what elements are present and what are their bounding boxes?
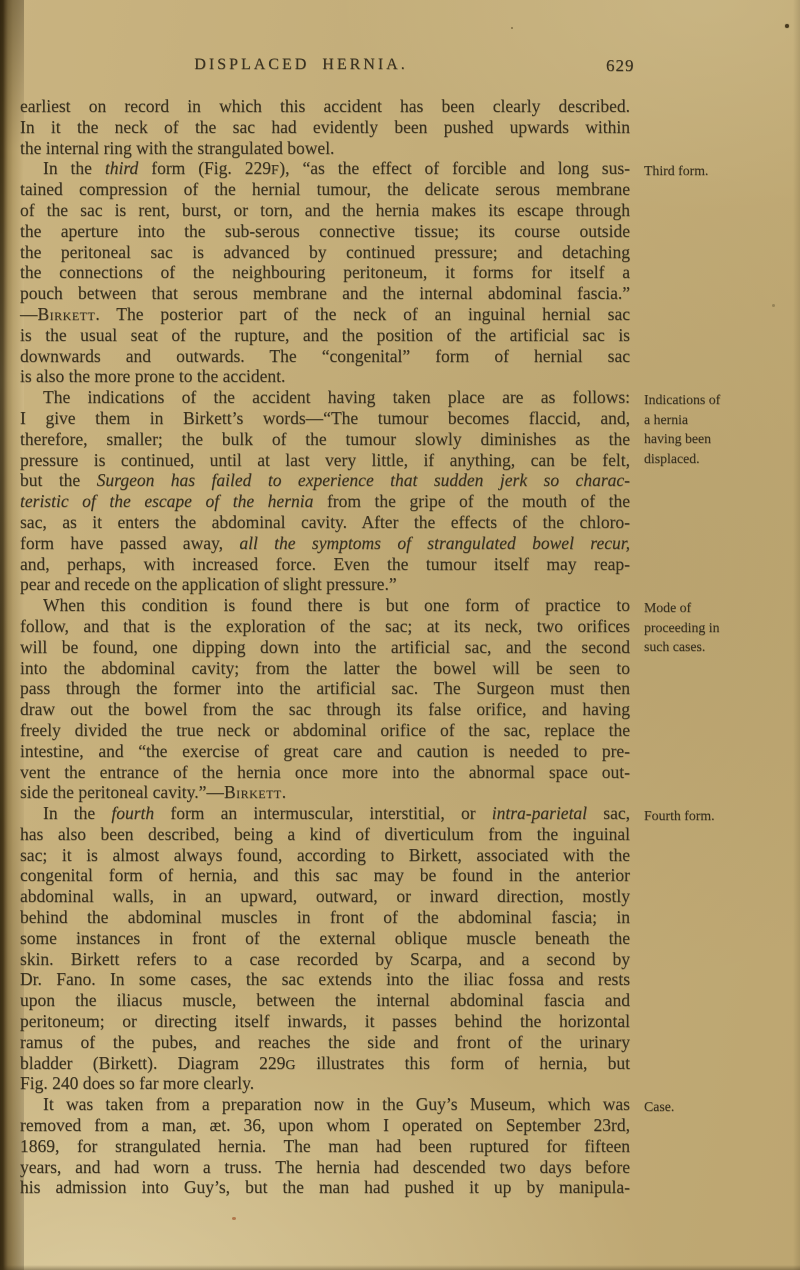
page-number: 629 xyxy=(606,56,635,76)
margin-note: Mode ofproceeding insuch cases. xyxy=(644,598,796,657)
text-line: the connections of the neighbouring peri… xyxy=(20,262,630,283)
text-line: pressure is continued, until at last ver… xyxy=(20,450,630,471)
text-line: earliest on record in which this acciden… xyxy=(20,96,630,117)
text-line: The indications of the accident having t… xyxy=(20,387,630,408)
page-right-edge xyxy=(793,0,800,1270)
text-line: It was taken from a preparation now in t… xyxy=(20,1094,630,1115)
text-line: downwards and outwards. The “congenital”… xyxy=(20,346,630,367)
text-line: of the sac is rent, burst, or torn, and … xyxy=(20,200,630,221)
text-line: into the abdominal cavity; from the latt… xyxy=(20,658,630,679)
text-line: congenital form of hernia, and this sac … xyxy=(20,865,630,886)
margin-note-line: having been xyxy=(644,429,796,449)
margin-note-line: Case. xyxy=(644,1097,796,1117)
text-column: earliest on record in which this acciden… xyxy=(20,96,630,1198)
text-line: his admission into Guy’s, but the man ha… xyxy=(20,1177,630,1198)
text-line: 1869, for strangulated hernia. The man h… xyxy=(20,1136,630,1157)
text-line: and, perhaps, with increased force. Even… xyxy=(20,554,630,575)
text-line: pouch between that serous membrane and t… xyxy=(20,283,630,304)
margin-note-line: Indications of xyxy=(644,390,796,410)
margin-note: Case. xyxy=(644,1097,796,1117)
text-line: pass through the former into the artific… xyxy=(20,678,630,699)
text-line: form have passed away, all the symptoms … xyxy=(20,533,630,554)
margin-note: Third form. xyxy=(644,161,796,181)
ink-speck xyxy=(511,27,513,29)
text-line: freely divided the true neck or abdomina… xyxy=(20,720,630,741)
text-line: sac, as it enters the abdominal cavity. … xyxy=(20,512,630,533)
margin-note-line: such cases. xyxy=(644,637,796,657)
text-line: In the fourth form an intermuscular, int… xyxy=(20,803,630,824)
text-line: skin. Birkett refers to a case recorded … xyxy=(20,949,630,970)
book-page: DISPLACED HERNIA. 629 earliest on record… xyxy=(0,0,800,1270)
margin-note-line: Mode of xyxy=(644,598,796,618)
paragraph-3: Indications ofa herniahaving beendisplac… xyxy=(20,387,630,595)
text-line: but the Surgeon has failed to experience… xyxy=(20,470,630,491)
text-line: When this condition is found there is bu… xyxy=(20,595,630,616)
margin-note: Fourth form. xyxy=(644,806,796,826)
text-line: peritoneum; or directing itself inwards,… xyxy=(20,1011,630,1032)
text-line: therefore, smaller; the bulk of the tumo… xyxy=(20,429,630,450)
text-line: In it the neck of the sac had evidently … xyxy=(20,117,630,138)
text-line: is also the more prone to the accident. xyxy=(20,366,630,387)
text-line: removed from a man, æt. 36, upon whom I … xyxy=(20,1115,630,1136)
text-line: draw out the bowel from the sac through … xyxy=(20,699,630,720)
text-line: side the peritoneal cavity.”—Birkett. xyxy=(20,782,630,803)
text-line: intestine, and “the exercise of great ca… xyxy=(20,741,630,762)
text-line: will be found, one dipping down into the… xyxy=(20,637,630,658)
text-line: some instances in front of the external … xyxy=(20,928,630,949)
page-bottom-edge xyxy=(0,1265,800,1270)
text-line: the aperture into the sub-serous connect… xyxy=(20,221,630,242)
text-line: follow, and that is the exploration of t… xyxy=(20,616,630,637)
paragraph-5: Fourth form.In the fourth form an interm… xyxy=(20,803,630,1094)
text-line: years, and had worn a truss. The hernia … xyxy=(20,1157,630,1178)
text-line: I give them in Birkett’s words—“The tumo… xyxy=(20,408,630,429)
text-line: is the usual seat of the rupture, and th… xyxy=(20,325,630,346)
text-line: Fig. 240 does so far more clearly. xyxy=(20,1073,630,1094)
text-line: upon the iliacus muscle, between the int… xyxy=(20,990,630,1011)
paragraph-1: earliest on record in which this acciden… xyxy=(20,96,630,158)
paragraph-4: Mode ofproceeding insuch cases.When this… xyxy=(20,595,630,803)
running-title: DISPLACED HERNIA. xyxy=(194,56,407,74)
margin-note: Indications ofa herniahaving beendisplac… xyxy=(644,390,796,468)
text-line: teristic of the escape of the hernia fro… xyxy=(20,491,630,512)
text-line: pear and recede on the application of sl… xyxy=(20,574,630,595)
text-line: In the third form (Fig. 229F), “as the e… xyxy=(20,158,630,179)
text-line: ramus of the pubes, and reaches the side… xyxy=(20,1032,630,1053)
foxing-speck xyxy=(232,1217,236,1220)
text-line: —Birkett. The posterior part of the neck… xyxy=(20,304,630,325)
text-line: sac; it is almost always found, accordin… xyxy=(20,845,630,866)
margin-note-line: a hernia xyxy=(644,410,796,430)
text-line: vent the entrance of the hernia once mor… xyxy=(20,762,630,783)
text-line: abdominal walls, in an upward, outward, … xyxy=(20,886,630,907)
margin-note-line: displaced. xyxy=(644,449,796,469)
ink-speck xyxy=(772,304,775,307)
text-line: the internal ring with the strangulated … xyxy=(20,138,630,159)
text-line: tained compression of the hernial tumour… xyxy=(20,179,630,200)
text-line: Dr. Fano. In some cases, the sac extends… xyxy=(20,969,630,990)
text-line: the peritoneal sac is advanced by contin… xyxy=(20,242,630,263)
margin-note-line: Third form. xyxy=(644,161,796,181)
ink-speck xyxy=(785,24,789,28)
paragraph-2: Third form.In the third form (Fig. 229F)… xyxy=(20,158,630,387)
margin-note-line: proceeding in xyxy=(644,618,796,638)
paragraph-6: Case.It was taken from a preparation now… xyxy=(20,1094,630,1198)
page-header: DISPLACED HERNIA. 629 xyxy=(0,56,800,80)
margin-note-line: Fourth form. xyxy=(644,806,796,826)
text-line: has also been described, being a kind of… xyxy=(20,824,630,845)
text-line: behind the abdominal muscles in front of… xyxy=(20,907,630,928)
text-line: bladder (Birkett). Diagram 229G illustra… xyxy=(20,1053,630,1074)
